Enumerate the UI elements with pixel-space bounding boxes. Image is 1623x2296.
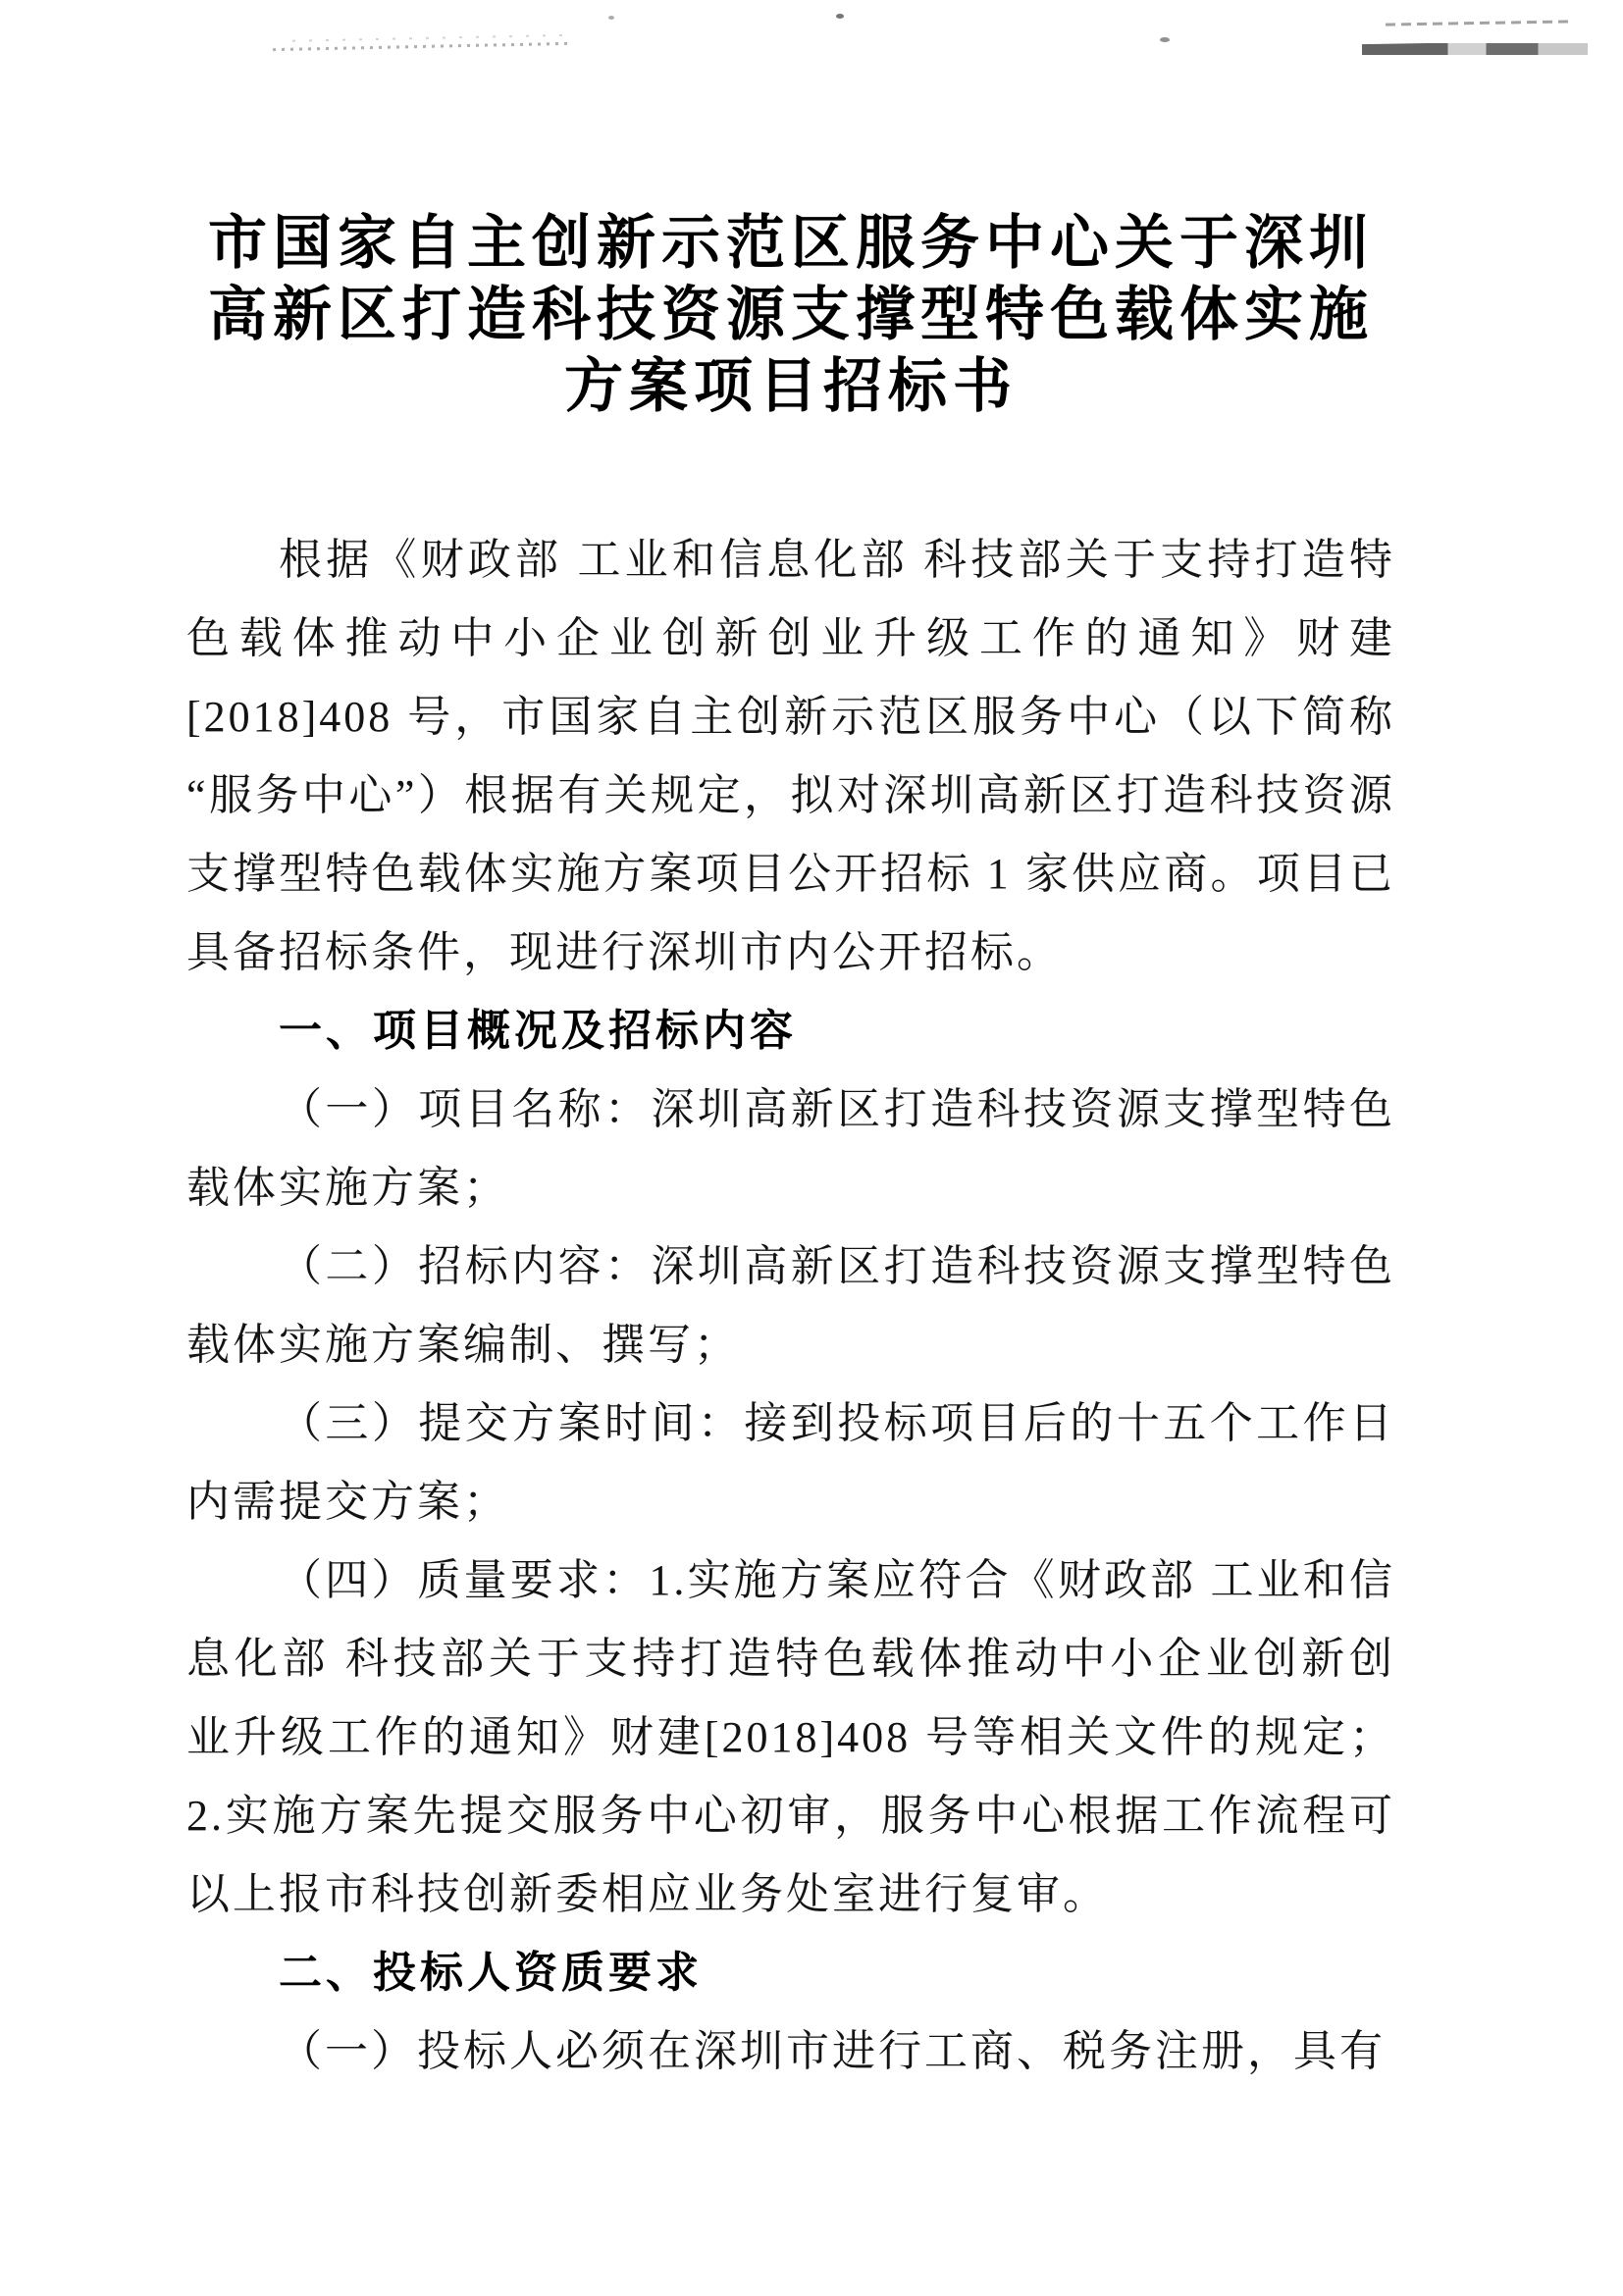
document-title-line-1: 市国家自主创新示范区服务中心关于深圳 (186, 208, 1395, 280)
document-title-line-2: 高新区打造科技资源支撑型特色载体实施 (186, 280, 1395, 351)
section-heading-1: 一、项目概况及招标内容 (186, 992, 1395, 1070)
paragraph-item-4-quality-requirements: （四）质量要求：1.实施方案应符合《财政部 工业和信息化部 科技部关于支持打造特… (186, 1541, 1395, 1934)
document-content: 市国家自主创新示范区服务中心关于深圳 高新区打造科技资源支撑型特色载体实施 方案… (186, 0, 1395, 2091)
document-title-line-3: 方案项目招标书 (186, 351, 1395, 423)
paragraph-intro: 根据《财政部 工业和信息化部 科技部关于支持打造特色载体推动中小企业创新创业升级… (186, 521, 1395, 992)
paragraph-bidder-requirement-1: （一）投标人必须在深圳市进行工商、税务注册，具有 (186, 2012, 1395, 2091)
paragraph-item-2-bid-content: （二）招标内容：深圳高新区打造科技资源支撑型特色载体实施方案编制、撰写； (186, 1227, 1395, 1384)
scan-smudge-top-right-lower (1362, 35, 1588, 61)
scanned-document-page: 市国家自主创新示范区服务中心关于深圳 高新区打造科技资源支撑型特色载体实施 方案… (0, 0, 1623, 2296)
document-body: 根据《财政部 工业和信息化部 科技部关于支持打造特色载体推动中小企业创新创业升级… (186, 521, 1395, 2091)
scan-smudge-top-right-upper (1386, 12, 1572, 26)
document-title: 市国家自主创新示范区服务中心关于深圳 高新区打造科技资源支撑型特色载体实施 方案… (186, 208, 1395, 423)
paragraph-item-3-submission-time: （三）提交方案时间：接到投标项目后的十五个工作日内需提交方案； (186, 1384, 1395, 1541)
paragraph-item-1-project-name: （一）项目名称：深圳高新区打造科技资源支撑型特色载体实施方案； (186, 1070, 1395, 1227)
section-heading-2: 二、投标人资质要求 (186, 1934, 1395, 2012)
